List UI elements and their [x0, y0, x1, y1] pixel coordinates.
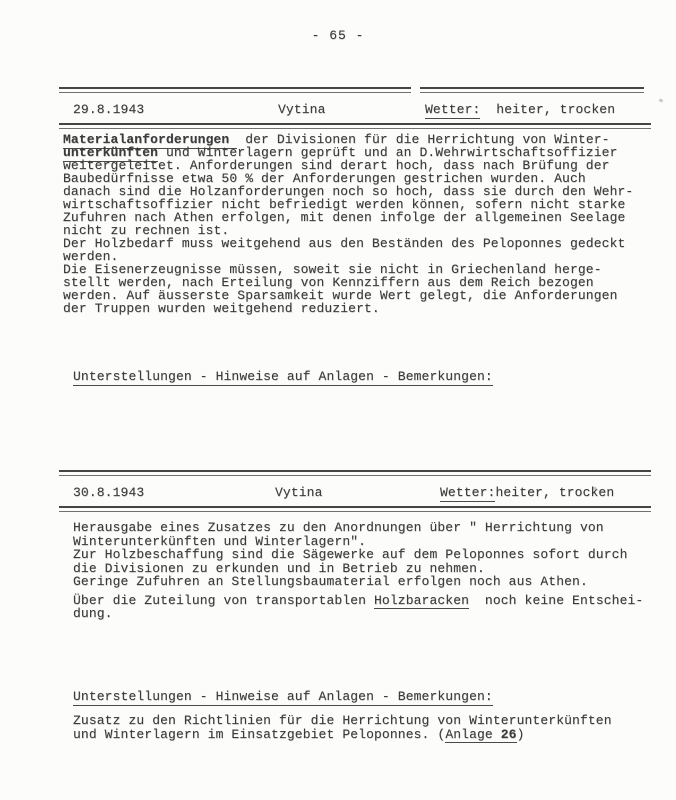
- text-line: Geringe Zufuhren an Stellungsbaumaterial…: [73, 575, 643, 589]
- text-line: Über die Zuteilung von transportablen Ho…: [73, 594, 643, 608]
- text-line: und Winterlagern im Einsatzgebiet Pelopo…: [73, 728, 612, 742]
- weather-label: Wetter:: [440, 485, 495, 502]
- weather-label: Wetter:: [425, 102, 480, 119]
- entry2-place: Vytina: [275, 485, 323, 500]
- entry1-annex-heading: Unterstellungen - Hinweise auf Anlagen -…: [73, 369, 493, 384]
- entry2-annex-note: Zusatz zu den Richtlinien für die Herric…: [73, 714, 612, 741]
- entry2-rule-bottom: [59, 506, 651, 512]
- scan-speck: [659, 98, 664, 102]
- entry1-date: 29.8.1943: [73, 102, 144, 117]
- text-run: und Winterlagern im Einsatzgebiet Pelopo…: [73, 727, 445, 742]
- text-line: Der Holzbedarf muss weitgehend aus den B…: [63, 237, 633, 250]
- text-line: Herausgabe eines Zusatzes zu den Anordnu…: [73, 521, 643, 535]
- entry2-weather: Wetter:heiter, trocken: [440, 485, 614, 500]
- entry2-body: Herausgabe eines Zusatzes zu den Anordnu…: [73, 521, 643, 621]
- text-line: Winterunterkünften und Winterlagern".: [73, 535, 643, 549]
- text-line: Zur Holzbeschaffung sind die Sägewerke a…: [73, 548, 643, 562]
- keyword-underlined: Holzbaracken: [374, 593, 469, 610]
- text-run: Über die Zuteilung von transportablen: [73, 593, 374, 608]
- text-run: ): [517, 727, 525, 742]
- entry2-header-row: 30.8.1943 Vytina Wetter:heiter, trocken: [59, 476, 651, 506]
- weather-value: heiter, trocken: [480, 102, 615, 117]
- text-line: die Divisionen zu erkunden und in Betrie…: [73, 562, 643, 576]
- entry1-rule-bottom: [59, 123, 651, 129]
- entry1-weather: Wetter: heiter, trocken: [425, 102, 615, 117]
- page-number: - 65 -: [0, 28, 676, 43]
- text-line: dung.: [73, 607, 643, 621]
- entry2-annex-heading: Unterstellungen - Hinweise auf Anlagen -…: [73, 689, 493, 704]
- entry1-body: Materialanforderungen der Divisionen für…: [63, 133, 633, 315]
- entry1-place: Vytina: [278, 102, 326, 117]
- annex-heading-text: Unterstellungen - Hinweise auf Anlagen -…: [73, 369, 493, 386]
- entry1-header-row: 29.8.1943 Vytina Wetter: heiter, trocken: [59, 93, 651, 123]
- text-run: noch keine Entschei-: [469, 593, 643, 608]
- text-line: der Truppen wurden weitgehend reduziert.: [63, 302, 633, 315]
- annex-heading-text: Unterstellungen - Hinweise auf Anlagen -…: [73, 689, 493, 706]
- annex-number: 26: [501, 727, 517, 742]
- annex-reference-underlined: Anlage 26: [445, 727, 516, 744]
- text-run: Anlage: [445, 727, 500, 742]
- entry1-header: 29.8.1943 Vytina Wetter: heiter, trocken: [59, 87, 651, 129]
- scanned-diary-page: - 65 - 29.8.1943 Vytina Wetter: heiter, …: [0, 0, 676, 800]
- entry2-date: 30.8.1943: [73, 485, 144, 500]
- entry2-header: 30.8.1943 Vytina Wetter:heiter, trocken: [59, 470, 651, 512]
- text-line: Zusatz zu den Richtlinien für die Herric…: [73, 714, 612, 728]
